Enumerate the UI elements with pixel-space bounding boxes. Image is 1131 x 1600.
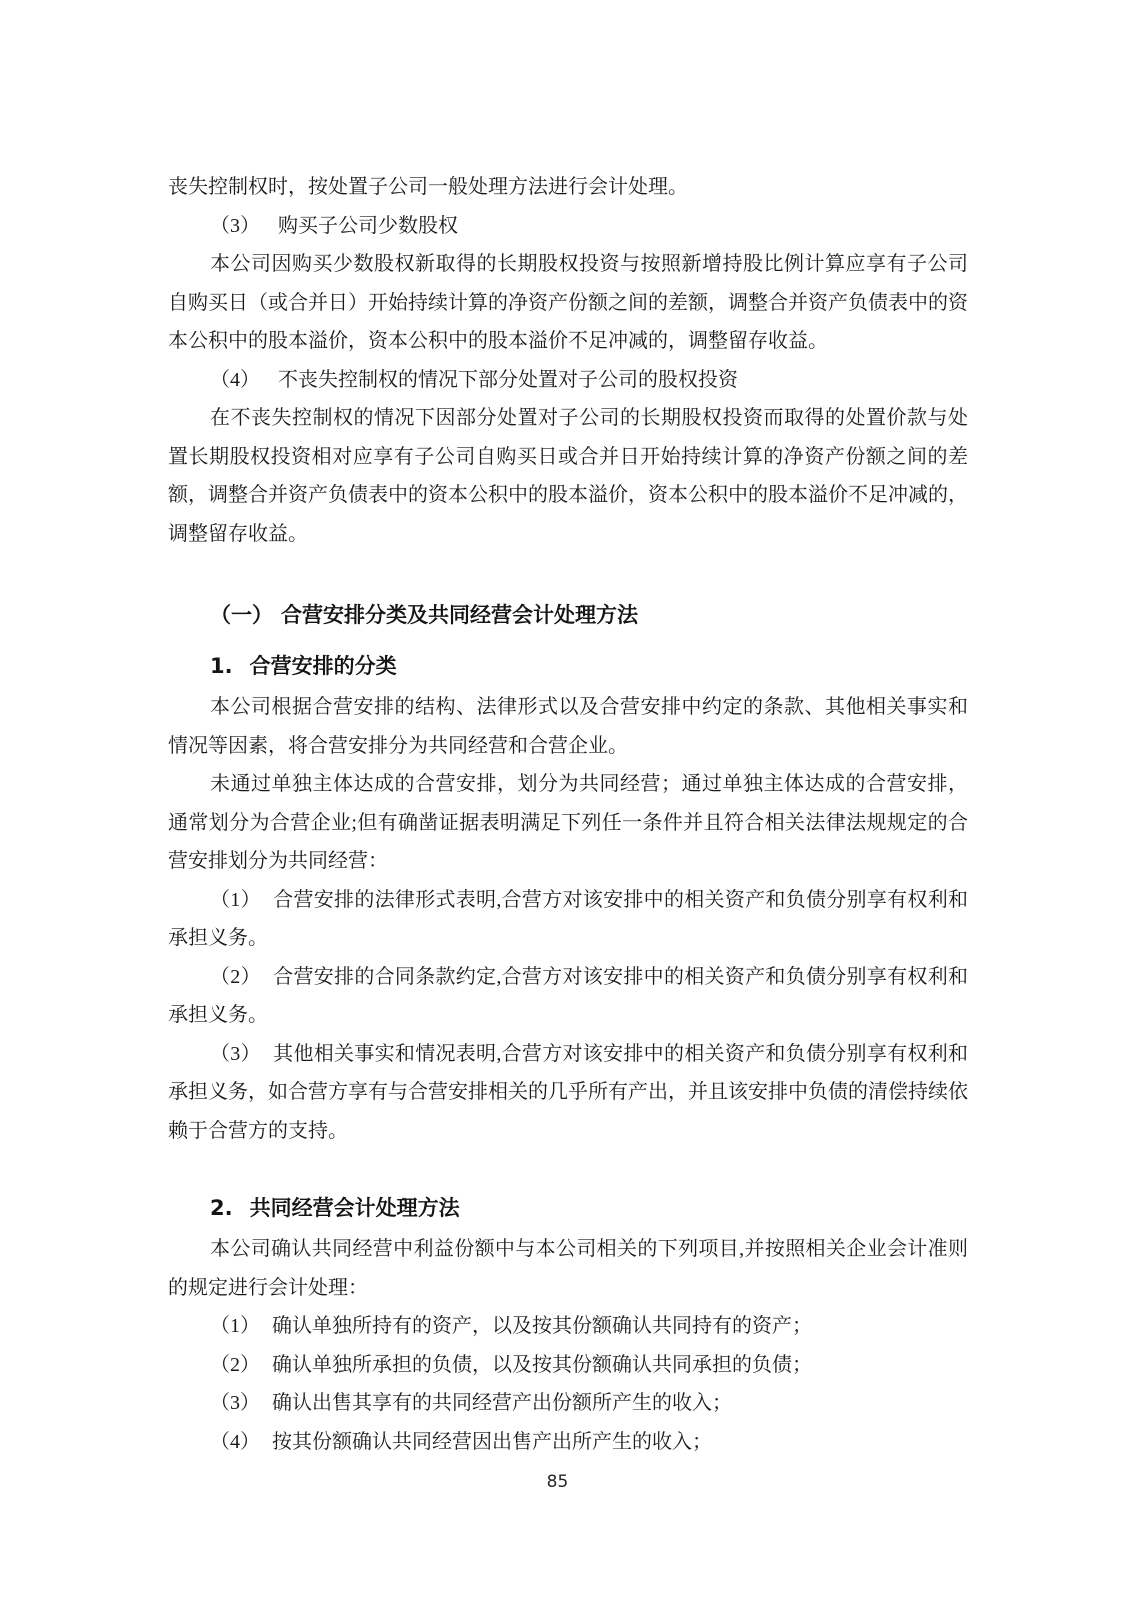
list-item-number: （2） [210, 966, 261, 988]
section-heading: （一）合营安排分类及共同经营会计处理方法 [168, 593, 968, 637]
page-number: 85 [0, 1472, 1115, 1492]
list-item-text: 合营安排的法律形式表明,合营方对该安排中的相关资产和负债分别享有权利和承担义务。 [168, 889, 968, 950]
section-heading-text: 合营安排分类及共同经营会计处理方法 [281, 603, 638, 627]
list-item-text: 购买子公司少数股权 [278, 215, 458, 237]
paragraph-continuation: 丧失控制权时，按处置子公司一般处理方法进行会计处理。 [168, 168, 968, 207]
list-item-number: （4） [210, 1431, 260, 1453]
list-item: （3）购买子公司少数股权 [168, 207, 968, 246]
list-item: （1）合营安排的法律形式表明,合营方对该安排中的相关资产和负债分别享有权利和承担… [168, 881, 968, 958]
section-heading-number: （一） [210, 603, 273, 627]
subsection-heading-text: 共同经营会计处理方法 [250, 1196, 460, 1220]
list-item-text: 确认单独所持有的资产，以及按其份额确认共同持有的资产； [272, 1315, 812, 1337]
list-item: （4）按其份额确认共同经营因出售产出所产生的收入； [168, 1423, 968, 1462]
subsection-heading: 1.合营安排的分类 [168, 644, 968, 688]
list-item: （3）确认出售其享有的共同经营产出份额所产生的收入； [168, 1384, 968, 1423]
paragraph: 本公司根据合营安排的结构、法律形式以及合营安排中约定的条款、其他相关事实和情况等… [168, 688, 968, 765]
list-item: （1）确认单独所持有的资产，以及按其份额确认共同持有的资产； [168, 1307, 968, 1346]
list-item-text: 不丧失控制权的情况下部分处置对子公司的股权投资 [278, 369, 738, 391]
list-item-text: 按其份额确认共同经营因出售产出所产生的收入； [272, 1431, 712, 1453]
list-item: （2）合营安排的合同条款约定,合营方对该安排中的相关资产和负债分别享有权利和承担… [168, 958, 968, 1035]
list-item-number: （2） [210, 1354, 260, 1376]
list-item-number: （1） [210, 889, 261, 911]
list-item-number: （3） [210, 215, 260, 237]
list-item-text: 确认出售其享有的共同经营产出份额所产生的收入； [272, 1392, 732, 1414]
list-item-text: 其他相关事实和情况表明,合营方对该安排中的相关资产和负债分别享有权利和承担义务，… [168, 1043, 968, 1142]
paragraph: 本公司因购买少数股权新取得的长期股权投资与按照新增持股比例计算应享有子公司自购买… [168, 245, 968, 361]
subsection-heading-number: 2. [210, 1196, 233, 1220]
list-item-number: （1） [210, 1315, 260, 1337]
list-item: （4）不丧失控制权的情况下部分处置对子公司的股权投资 [168, 361, 968, 400]
paragraph: 未通过单独主体达成的合营安排，划分为共同经营；通过单独主体达成的合营安排，通常划… [168, 765, 968, 881]
list-item-text: 确认单独所承担的负债，以及按其份额确认共同承担的负债； [272, 1354, 812, 1376]
subsection-heading: 2.共同经营会计处理方法 [168, 1186, 968, 1230]
subsection-heading-text: 合营安排的分类 [250, 654, 397, 678]
document-page: 丧失控制权时，按处置子公司一般处理方法进行会计处理。 （3）购买子公司少数股权 … [0, 0, 1131, 1600]
list-item-number: （3） [210, 1392, 260, 1414]
paragraph: 在不丧失控制权的情况下因部分处置对子公司的长期股权投资而取得的处置价款与处置长期… [168, 399, 968, 553]
list-item-number: （4） [210, 369, 260, 391]
list-item-number: （3） [210, 1043, 261, 1065]
list-item: （2）确认单独所承担的负债，以及按其份额确认共同承担的负债； [168, 1346, 968, 1385]
subsection-heading-number: 1. [210, 654, 233, 678]
page-content: 丧失控制权时，按处置子公司一般处理方法进行会计处理。 （3）购买子公司少数股权 … [168, 0, 968, 1461]
list-item: （3）其他相关事实和情况表明,合营方对该安排中的相关资产和负债分别享有权利和承担… [168, 1035, 968, 1151]
list-item-text: 合营安排的合同条款约定,合营方对该安排中的相关资产和负债分别享有权利和承担义务。 [168, 966, 968, 1027]
paragraph: 本公司确认共同经营中利益份额中与本公司相关的下列项目,并按照相关企业会计准则的规… [168, 1230, 968, 1307]
